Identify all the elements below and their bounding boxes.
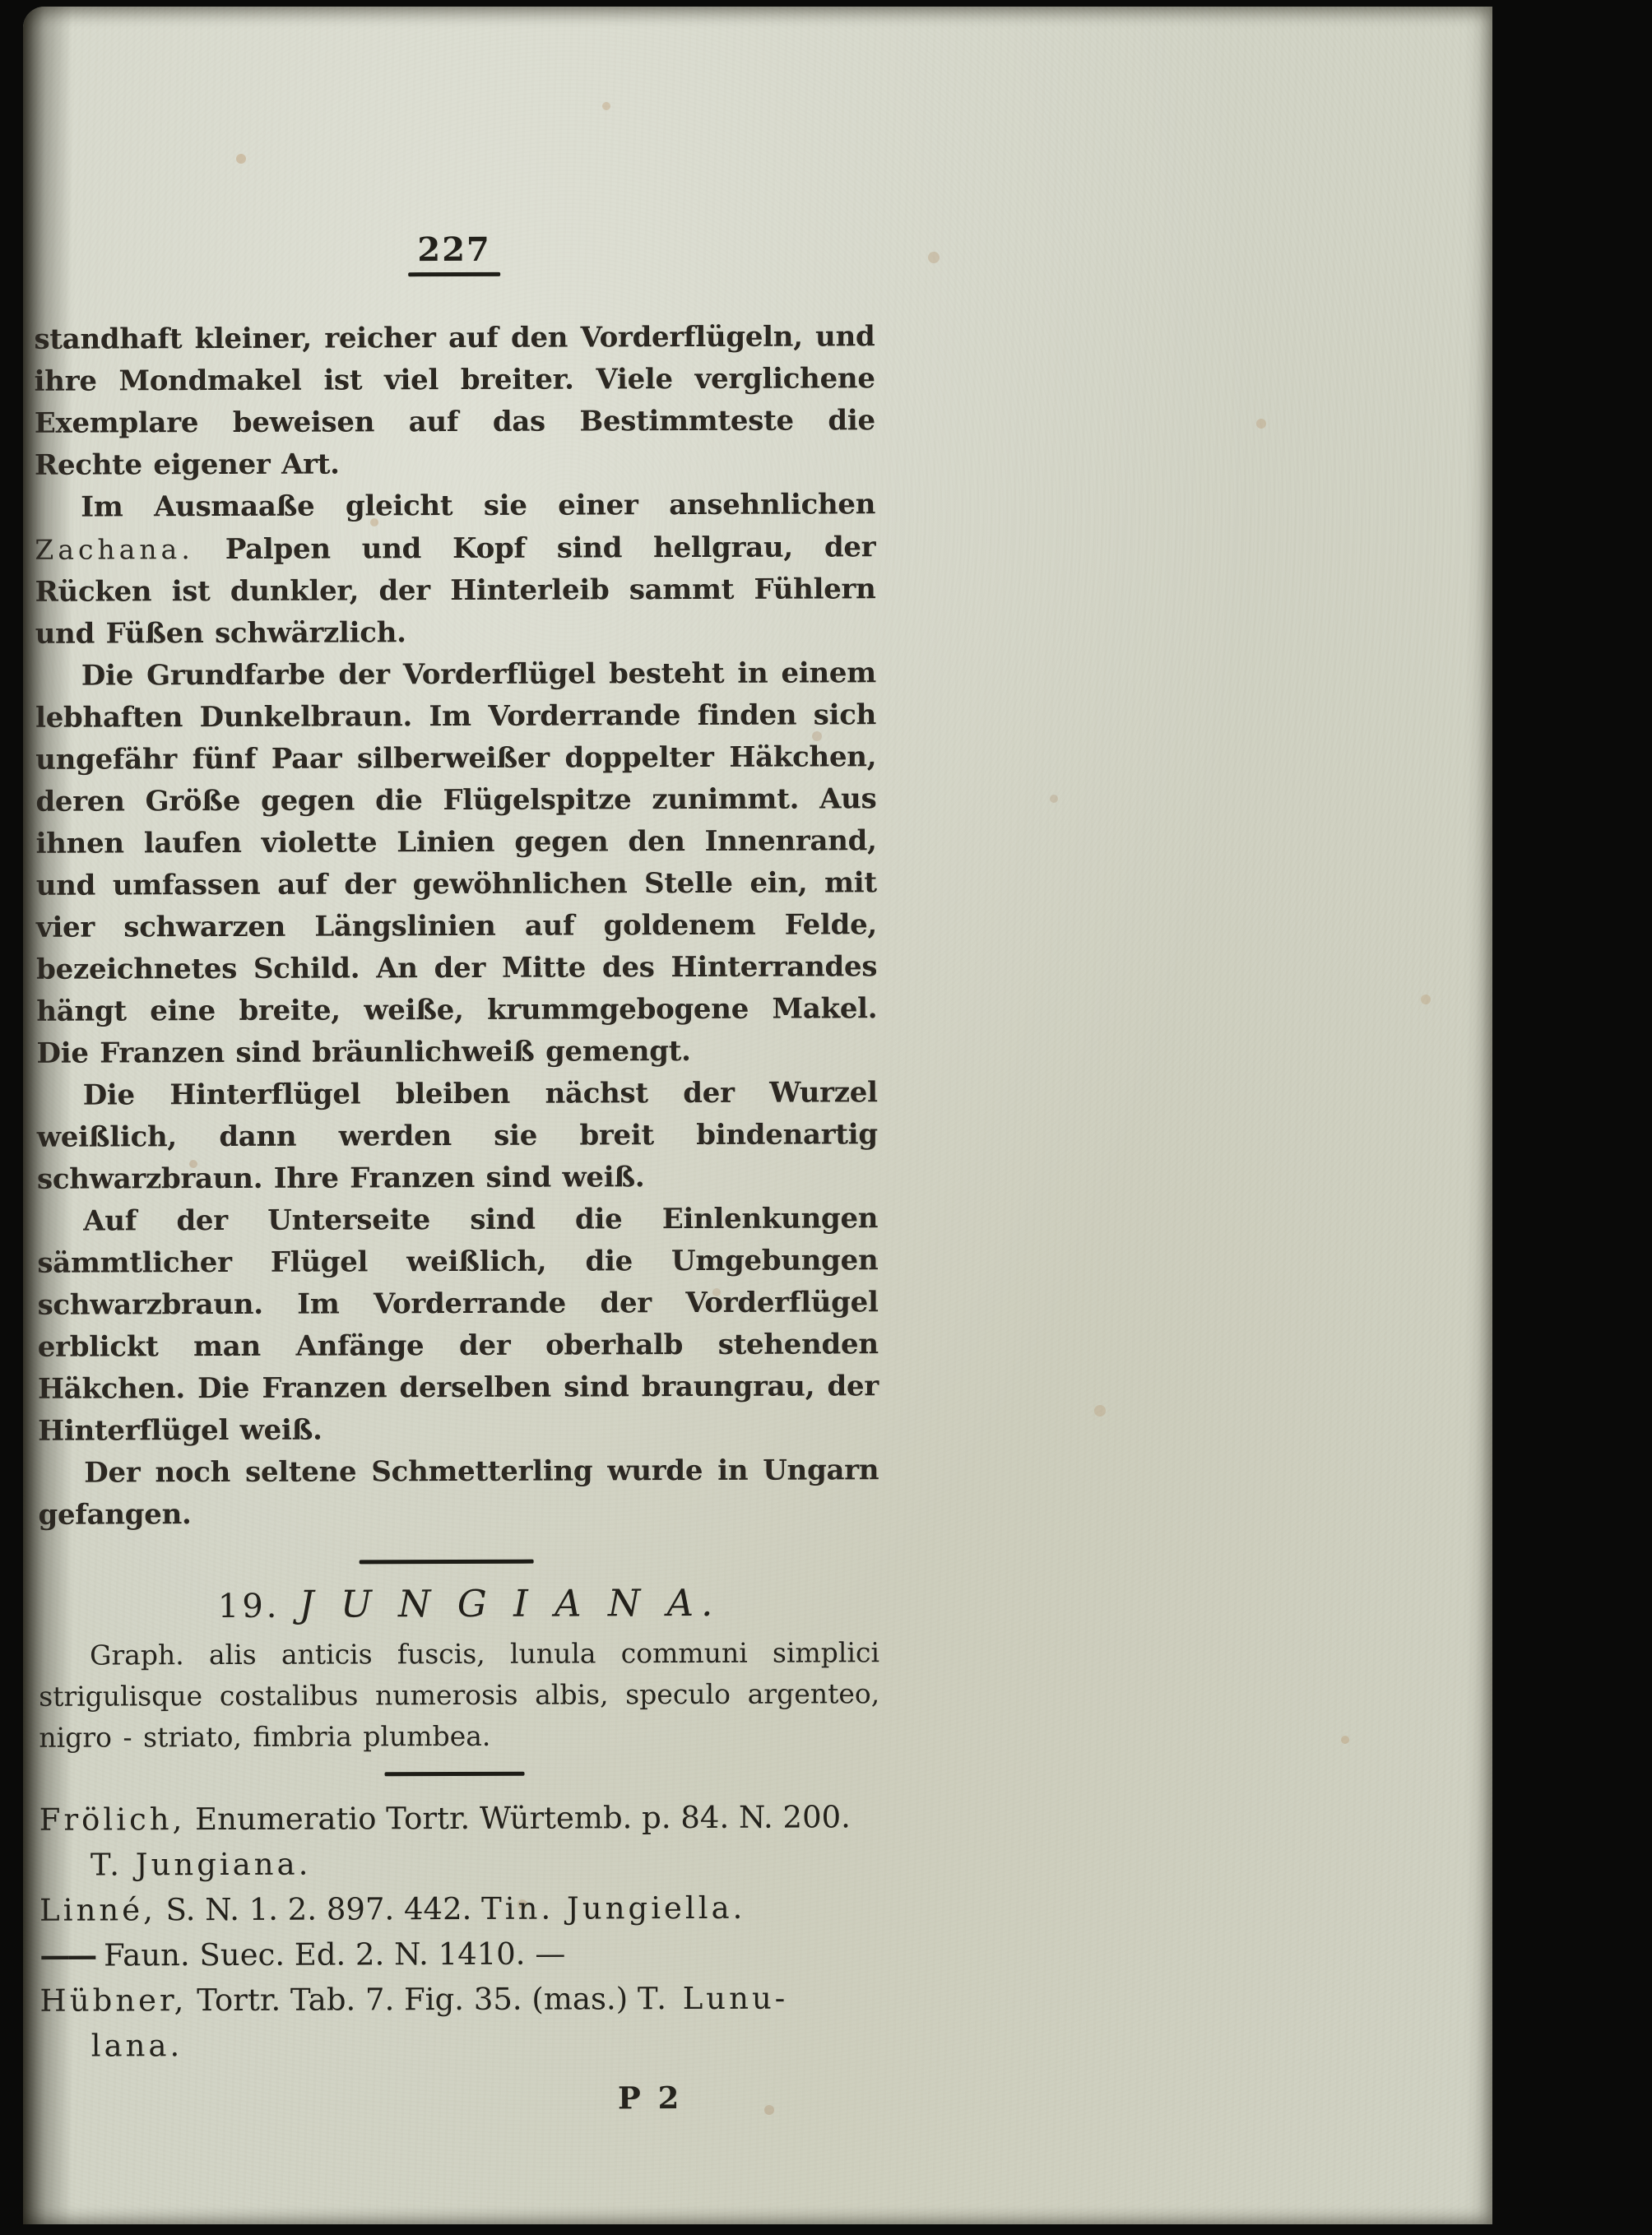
paragraph-hindwing-description: Die Hinterflügel bleiben nächst der Wurz… (37, 1072, 879, 1201)
reference-author: Frölich, (39, 1801, 186, 1838)
latin-diagnosis: Graph. alis anticis fuscis, lunula commu… (39, 1632, 880, 1759)
reference-citation: Faun. Suec. Ed. 2. N. 1410. — (94, 1936, 565, 1973)
reference-line: Linné, S. N. 1. 2. 897. 442. Tin. Jungie… (39, 1885, 880, 1933)
reference-line: Frölich, Enumeratio Tortr. Würtemb. p. 8… (39, 1794, 880, 1843)
page-number: 227 (34, 229, 875, 271)
reference-citation: S. N. 1. 2. 897. 442. (156, 1891, 481, 1927)
paragraph-continuation: standhaft kleiner, reicher auf den Vorde… (34, 316, 875, 487)
reference-species: Tin. Jungiella. (481, 1890, 745, 1927)
diagnosis-divider-rule (385, 1772, 525, 1777)
book-page: 227 standhaft kleiner, reicher auf den V… (23, 7, 1492, 2224)
paragraph-locality: Der noch seltene Schmetterling wurde in … (38, 1449, 879, 1537)
reference-linne: Linné, S. N. 1. 2. 897. 442. Tin. Jungie… (39, 1885, 880, 1933)
reference-list: Frölich, Enumeratio Tortr. Würtemb. p. 8… (39, 1794, 881, 2069)
section-divider-rule (360, 1560, 534, 1565)
reference-line: Hübner, Tortr. Tab. 7. Fig. 35. (mas.) T… (39, 1975, 880, 2024)
reference-froelich: Frölich, Enumeratio Tortr. Würtemb. p. 8… (39, 1794, 880, 1888)
reference-author: Hübner, (39, 1982, 187, 2019)
species-heading: 19. J U N G I A N A. (218, 1580, 879, 1626)
species-name-zachana: Zachana. (35, 533, 194, 566)
reference-citation: Tortr. Tab. 7. Fig. 35. (mas.) (187, 1981, 638, 2018)
text-run: Im Ausmaaße gleicht sie einer ansehnlich… (81, 488, 875, 523)
signature-mark: P 2 (618, 2079, 881, 2116)
reference-species: T. Lunu- (638, 1981, 788, 2017)
reference-huebner: Hübner, Tortr. Tab. 7. Fig. 35. (mas.) T… (39, 1975, 880, 2069)
reference-citation: Enumeratio Tortr. Würtemb. p. 84. N. 200… (185, 1799, 851, 1837)
paragraph-size-comparison: Im Ausmaaße gleicht sie einer ansehnlich… (35, 484, 876, 656)
page-number-rule (408, 272, 500, 276)
reference-continuation: lana. (91, 2020, 881, 2068)
page-header: 227 (34, 229, 875, 278)
reference-author: Linné, (39, 1892, 156, 1927)
ditto-dash: —— (39, 1937, 94, 1973)
species-number: 19. (218, 1588, 281, 1625)
species-title: J U N G I A N A. (299, 1581, 720, 1626)
paragraph-underside-description: Auf der Unterseite sind die Einlenkungen… (37, 1198, 879, 1453)
page-content: 227 standhaft kleiner, reicher auf den V… (34, 229, 881, 2118)
foxing-specks (23, 7, 28, 12)
paragraph-forewing-description: Die Grundfarbe der Vorderflügel besteht … (35, 652, 878, 1075)
reference-linne-ditto: —— Faun. Suec. Ed. 2. N. 1410. — (39, 1930, 880, 1978)
reference-continuation: T. Jungiana. (90, 1839, 880, 1887)
reference-line: —— Faun. Suec. Ed. 2. N. 1410. — (39, 1930, 880, 1978)
